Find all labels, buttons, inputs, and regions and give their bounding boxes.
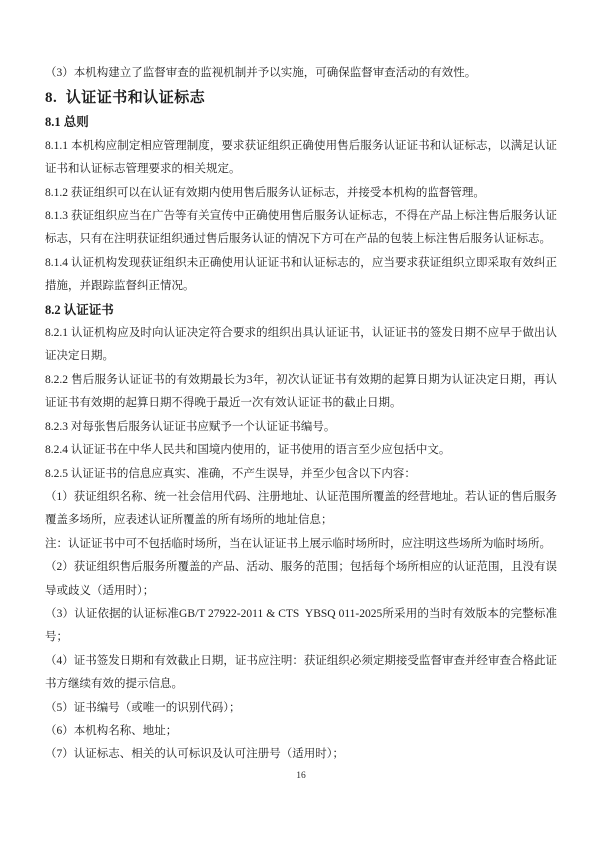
document-body: （3）本机构建立了监督审查的监视机制并予以实施，可确保监督审查活动的有效性。8.… [45, 62, 557, 767]
paragraph: 注：认证证书中可不包括临时场所，当在认证证书上展示临时场所时，应注明这些场所为临… [45, 533, 557, 556]
paragraph: 8.2.5 认证证书的信息应真实、准确，不产生误导，并至少包含以下内容： [45, 463, 557, 486]
paragraph: 8.1.4 认证机构发现获证组织未正确使用认证证书和认证标志的，应当要求获证组织… [45, 252, 557, 299]
paragraph: （5）证书编号（或唯一的识别代码）； [45, 697, 557, 720]
paragraph: 8.2.3 对每张售后服务认证证书应赋予一个认证证书编号。 [45, 416, 557, 439]
paragraph: （6）本机构名称、地址； [45, 720, 557, 743]
paragraph: 8.1.3 获证组织应当在广告等有关宣传中正确使用售后服务认证标志，不得在产品上… [45, 205, 557, 252]
paragraph: （2）获证组织售后服务所覆盖的产品、活动、服务的范围；包括每个场所相应的认证范围… [45, 556, 557, 603]
paragraph: 8.2.1 认证机构应及时向认证决定符合要求的组织出具认证证书，认证证书的签发日… [45, 322, 557, 369]
paragraph: 8.1.2 获证组织可以在认证有效期内使用售后服务认证标志，并接受本机构的监督管… [45, 182, 557, 205]
paragraph: （1）获证组织名称、统一社会信用代码、注册地址、认证范围所覆盖的经营地址。若认证… [45, 486, 557, 533]
page-number: 16 [45, 770, 557, 782]
paragraph: （4）证书签发日期和有效截止日期，证书应注明：获证组织必须定期接受监督审查并经审… [45, 650, 557, 697]
section-heading: 8.1 总则 [45, 111, 557, 134]
section-heading: 8. 认证证书和认证标志 [45, 85, 557, 111]
document-page: （3）本机构建立了监督审查的监视机制并予以实施，可确保监督审查活动的有效性。8.… [0, 0, 600, 848]
paragraph: （7）认证标志、相关的认可标识及认可注册号（适用时）； [45, 743, 557, 766]
section-heading: 8.2 认证证书 [45, 299, 557, 322]
paragraph: （3）认证依据的认证标准GB/T 27922-2011 & CTS YBSQ 0… [45, 603, 557, 650]
paragraph: 8.1.1 本机构应制定相应管理制度，要求获证组织正确使用售后服务认证证书和认证… [45, 135, 557, 182]
paragraph: 8.2.2 售后服务认证证书的有效期最长为3年，初次认证证书有效期的起算日期为认… [45, 369, 557, 416]
paragraph: （3）本机构建立了监督审查的监视机制并予以实施，可确保监督审查活动的有效性。 [45, 62, 557, 85]
paragraph: 8.2.4 认证证书在中华人民共和国境内使用的，证书使用的语言至少应包括中文。 [45, 439, 557, 462]
